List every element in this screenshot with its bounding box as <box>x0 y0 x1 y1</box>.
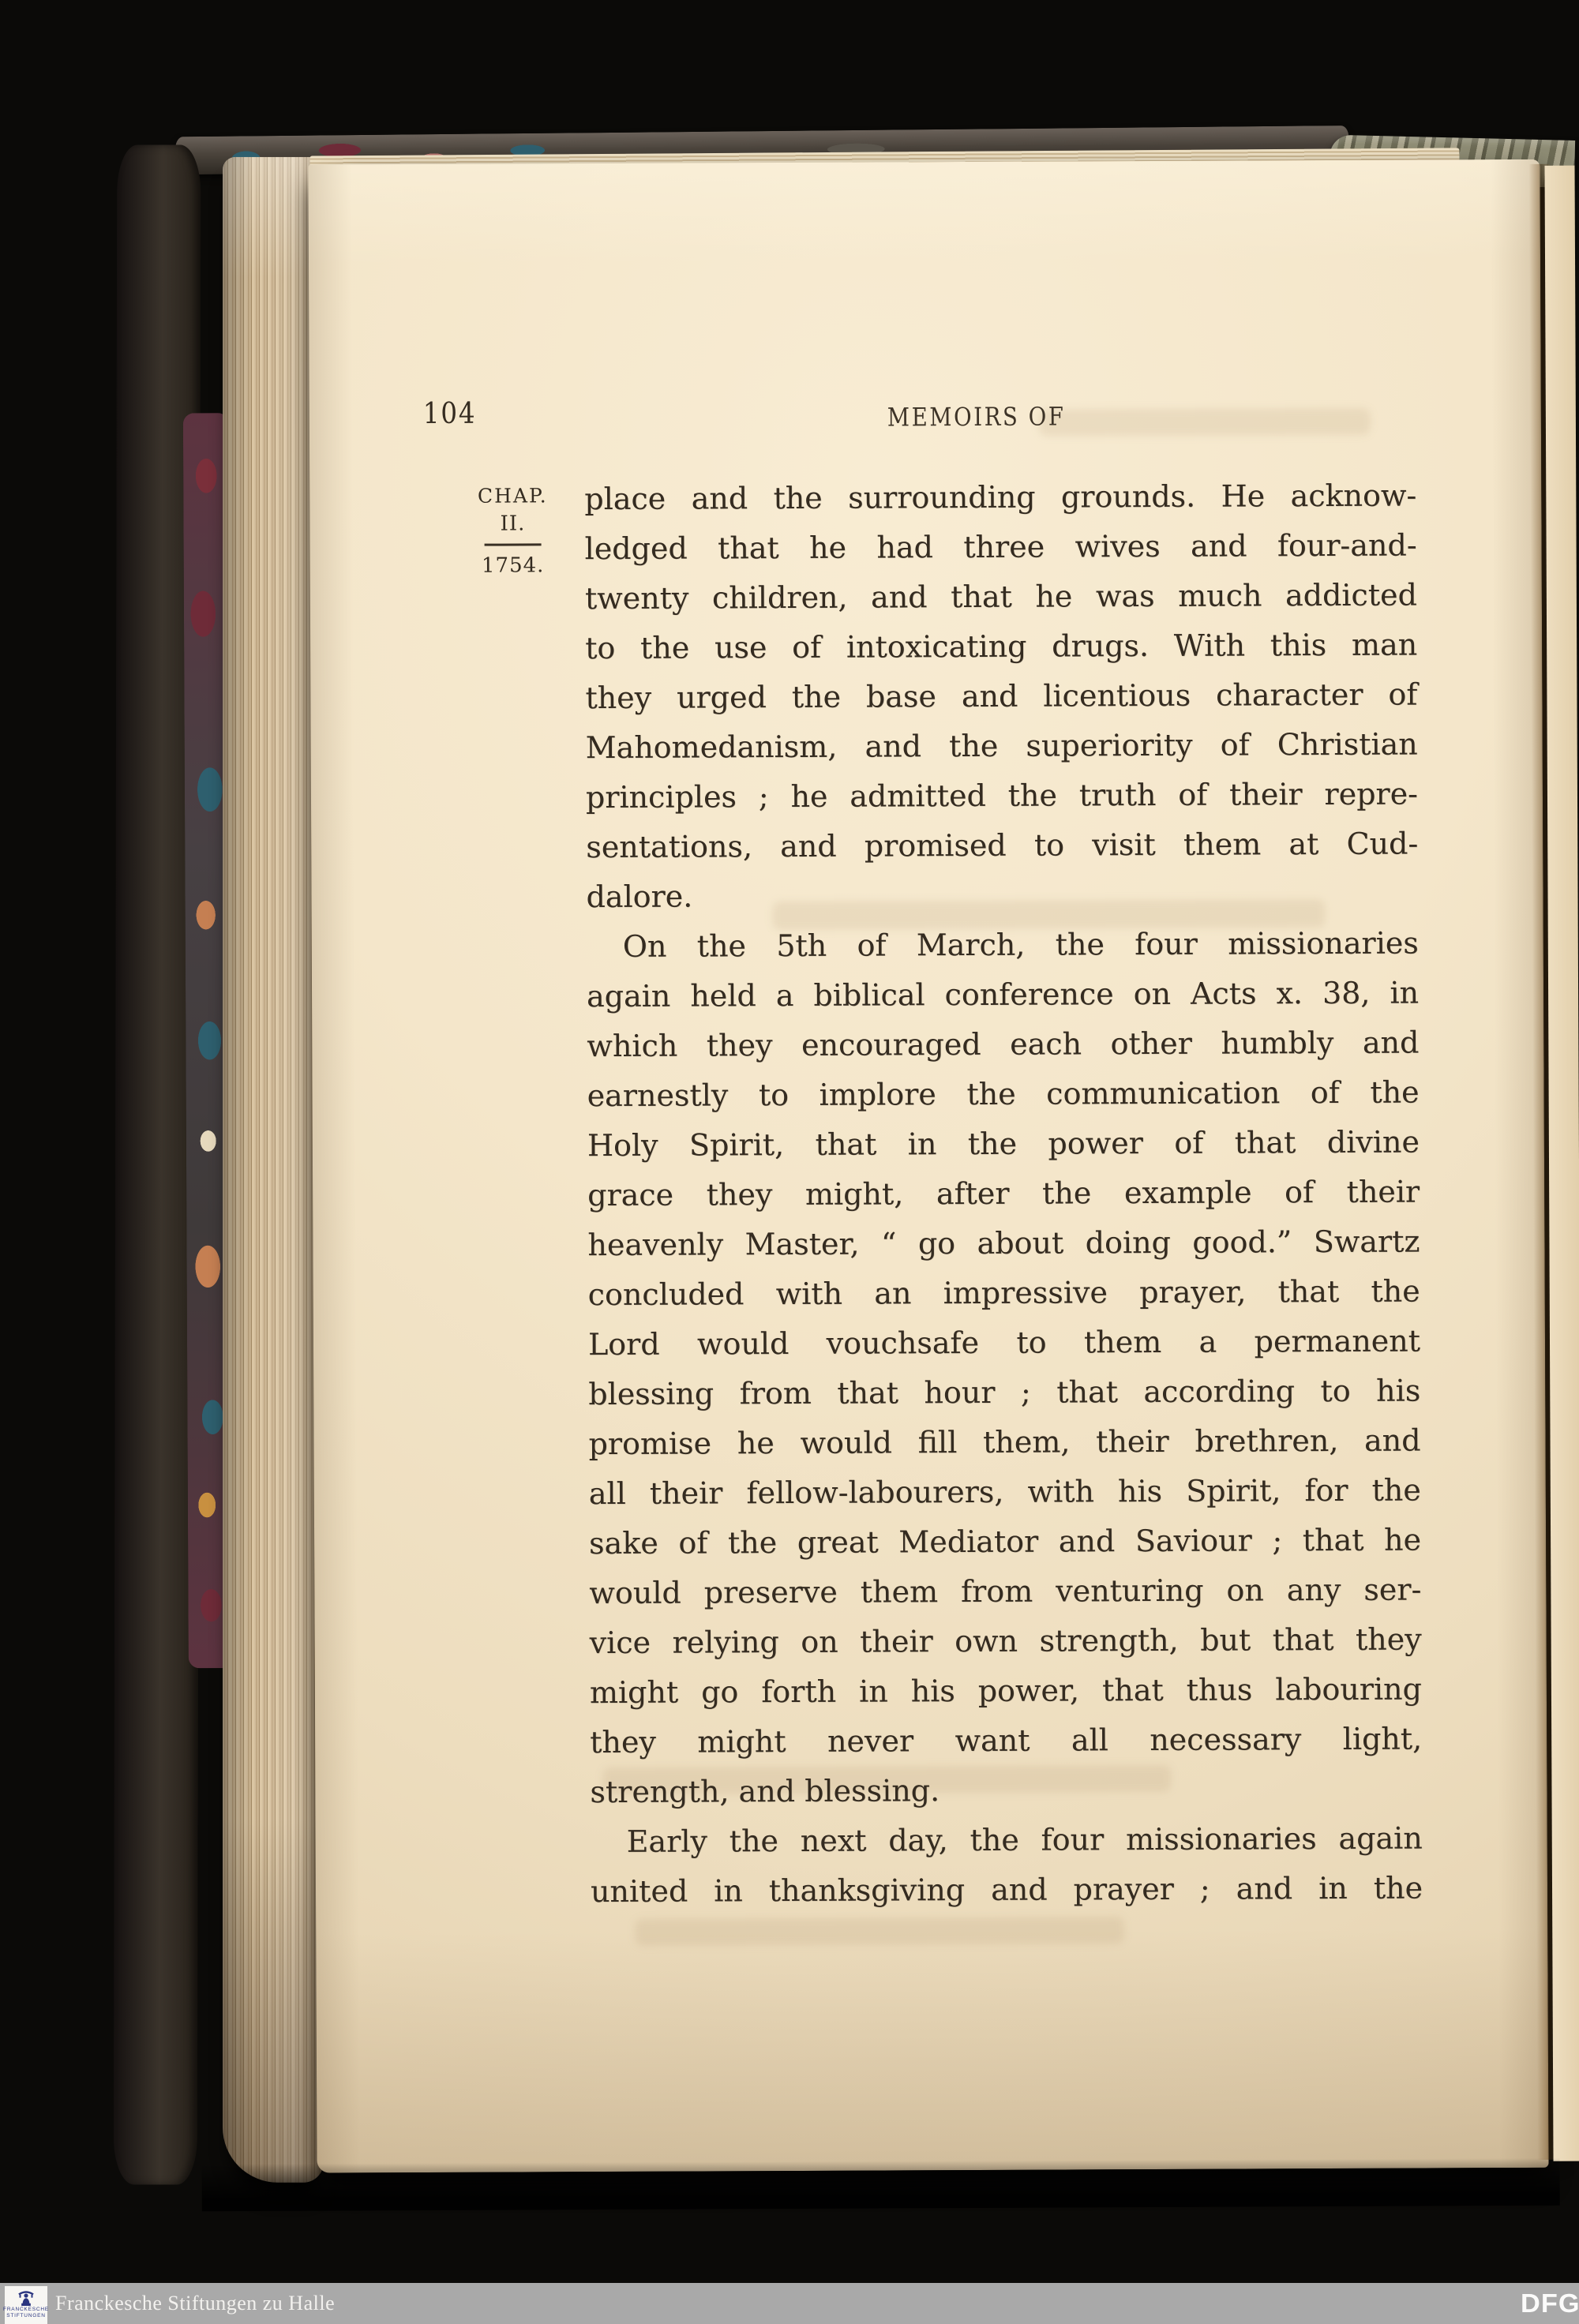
text-line: Lord would vouchsafe to them a permanent <box>588 1317 1420 1370</box>
text-line: Mahomedanism, and the superiority of Chr… <box>586 720 1418 774</box>
franckesche-emblem-icon <box>16 2288 36 2307</box>
text-line: which they encouraged each other humbly … <box>587 1018 1419 1072</box>
scanned-book-page: 104 MEMOIRS OF CHAP. II. 1754. place and… <box>0 0 1579 2324</box>
running-title: MEMOIRS OF <box>887 401 1066 432</box>
text-line: to the use of intoxicating drugs. With t… <box>585 620 1417 674</box>
text-line: concluded with an impressive prayer, tha… <box>588 1267 1420 1321</box>
text-line: promise he would fill them, their brethr… <box>588 1416 1420 1470</box>
text-line: sake of the great Mediator and Saviour ;… <box>589 1516 1421 1569</box>
text-line: earnestly to implore the communication o… <box>587 1068 1419 1122</box>
text-line: would preserve them from venturing on an… <box>589 1565 1421 1619</box>
text-line: Early the next day, the four missionarie… <box>591 1814 1423 1868</box>
franckesche-stiftungen-logo: FRANCKESCHE STIFTUNGEN <box>5 2286 47 2324</box>
text-line: grace they might, after the example of t… <box>587 1168 1420 1221</box>
margin-rule <box>485 543 542 545</box>
text-line: dalore. <box>586 869 1418 923</box>
chapter-label: CHAP. <box>459 484 566 508</box>
text-line: On the 5th of March, the four missionari… <box>587 919 1419 973</box>
book: 104 MEMOIRS OF CHAP. II. 1754. place and… <box>0 0 1579 2324</box>
bleedthrough-ghost <box>1039 408 1371 437</box>
dfg-logo: DFG <box>1521 2283 1579 2324</box>
text-line: might go forth in his power, that thus l… <box>590 1665 1422 1719</box>
text-line: principles ; he admitted the truth of th… <box>586 770 1418 823</box>
chapter-numeral: II. <box>459 512 566 536</box>
text-line: strength, and blessing. <box>590 1764 1422 1818</box>
bleedthrough-ghost <box>635 1917 1124 1946</box>
body-text: place and the surrounding grounds. He ac… <box>584 471 1423 1917</box>
text-line: Holy Spirit, that in the power of that d… <box>587 1118 1420 1171</box>
book-bottom-shadow <box>202 2158 1560 2212</box>
text-line: blessing from that hour ; that according… <box>588 1366 1420 1420</box>
text-line: ledged that he had three wives and four-… <box>584 521 1416 575</box>
logo-text-line2: STIFTUNGEN <box>6 2313 46 2319</box>
text-line: heavenly Master, “ go about doing good.”… <box>587 1217 1420 1271</box>
text-line: all their fellow-labourers, with his Spi… <box>589 1466 1421 1520</box>
text-line: they might never want all necessary ligh… <box>590 1715 1422 1768</box>
institution-name: Franckesche Stiftungen zu Halle <box>55 2283 335 2324</box>
text-line: united in thanksgiving and prayer ; and … <box>591 1864 1423 1917</box>
text-line: place and the surrounding grounds. He ac… <box>584 471 1416 525</box>
margin-note: CHAP. II. 1754. <box>459 484 567 578</box>
text-line: they urged the base and licentious chara… <box>585 670 1417 724</box>
page-stack-fore-edge <box>223 157 324 2183</box>
margin-year: 1754. <box>459 553 567 578</box>
logo-text-line1: FRANCKESCHE <box>3 2307 49 2313</box>
text-line: sentations, and promised to visit them a… <box>586 819 1418 873</box>
text-line: vice relying on their own strength, but … <box>590 1615 1422 1669</box>
page-number: 104 <box>423 396 477 430</box>
text-line: twenty children, and that he was much ad… <box>585 571 1417 624</box>
text-line: again held a biblical conference on Acts… <box>587 969 1419 1022</box>
